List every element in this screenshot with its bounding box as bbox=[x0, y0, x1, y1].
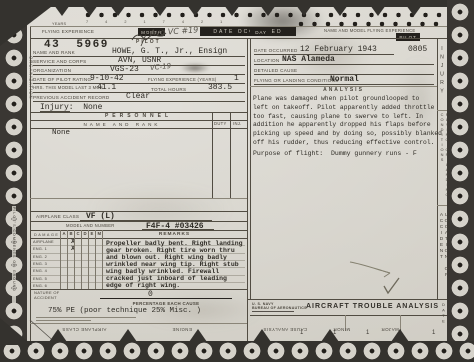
previous-record-label: PREVIOUS ACCIDENT RECORD bbox=[33, 95, 110, 100]
model-label: MODEL AND NUMBER bbox=[66, 224, 115, 229]
time-value: 0805 bbox=[408, 45, 427, 54]
top-notch bbox=[54, 5, 70, 16]
handwritten-note: Avg VC #19 bbox=[150, 25, 199, 37]
analysis-header: ANALYSIS bbox=[250, 88, 437, 94]
damage-row-label: ENG. 3 bbox=[30, 261, 63, 266]
conditions-edge-label: FLYING OR LANDING CONDITIONS bbox=[440, 112, 450, 207]
top-notch bbox=[224, 5, 240, 16]
damage-col-header: DAMAGE bbox=[34, 233, 59, 237]
rule-line bbox=[254, 84, 434, 85]
name-label: NAME AND RANK bbox=[33, 50, 75, 55]
fine-print-line bbox=[36, 320, 91, 321]
conditions-value: Normal bbox=[330, 75, 359, 84]
damage-letter-header: M bbox=[98, 232, 102, 237]
rule-line bbox=[30, 221, 247, 222]
rule-line bbox=[254, 64, 434, 65]
pilot-comments-edge-label: PILOT'S COMMENTS ON GROUND bbox=[12, 206, 16, 308]
top-notch bbox=[370, 5, 386, 16]
personnel-injury-col: INJ. bbox=[233, 122, 242, 127]
top-notch bbox=[296, 5, 312, 16]
purpose-line: Purpose of flight: Dummy gunnery runs - … bbox=[253, 150, 417, 157]
nature-label: NATURE OF ACCIDENT bbox=[34, 291, 60, 300]
pilot-tab: PILOT bbox=[396, 33, 420, 41]
injury-edge-label: INJURY bbox=[439, 46, 445, 106]
punch-holes-row-2 bbox=[295, 19, 448, 29]
damage-letter-header: E bbox=[91, 232, 94, 237]
top-notch bbox=[406, 5, 422, 16]
cause-line: 75% PE (poor technique 25% Misc. ) bbox=[48, 307, 201, 315]
rule-line bbox=[30, 211, 247, 212]
date-edge-label: DATE bbox=[441, 302, 446, 332]
punched-edge-bottom bbox=[0, 341, 474, 362]
damage-letter-header: B bbox=[70, 232, 73, 237]
damage-row-label: ENG. 1 bbox=[30, 246, 63, 251]
personnel-header: PERSONNEL bbox=[30, 114, 247, 120]
organization-label: ORGANIZATION bbox=[33, 68, 71, 73]
top-notch bbox=[260, 5, 276, 16]
top-notch bbox=[152, 5, 168, 16]
location-label: LOCATION bbox=[254, 58, 280, 63]
damage-letter-header: C bbox=[77, 232, 80, 237]
top-notch bbox=[332, 5, 348, 16]
damage-row-label: ENG. 4 bbox=[30, 268, 63, 273]
personnel-name-col: NAME AND RANK bbox=[33, 122, 211, 127]
damage-letter-header: A bbox=[63, 232, 66, 237]
rule-line bbox=[30, 289, 247, 290]
fine-print-line bbox=[252, 311, 294, 312]
top-notch bbox=[187, 5, 203, 16]
damage-mark-cell: X bbox=[69, 238, 76, 245]
damage-row-label: ENG. 6 bbox=[30, 283, 63, 288]
bottom-edge-label: AIRPLANE CLASS bbox=[62, 327, 106, 332]
scanned-punch-card: 7 4 2 1 7 4 2 1 YEARS FLYING EXPERIENCE … bbox=[0, 0, 474, 362]
rule-line bbox=[230, 112, 231, 198]
personnel-entry: None bbox=[52, 129, 70, 137]
percentage-label: PERCENTAGE EACH CAUSE bbox=[100, 301, 232, 306]
analysis-body: Plane was damaged when pilot groundloope… bbox=[253, 95, 442, 148]
rule-line bbox=[33, 101, 245, 102]
detailed-cause-label: DETAILED CAUSE bbox=[254, 68, 297, 73]
conditions-label: FLYING OR LANDING CONDITIONS bbox=[254, 78, 339, 83]
hours-model-label: HRS. THIS MODEL LAST 3 MOS. bbox=[33, 86, 105, 91]
rating-label: DATE OF PILOT RATING bbox=[33, 77, 91, 82]
damage-row-label: AIRPLANE bbox=[30, 239, 63, 244]
class-label: AIRPLANE CLASS bbox=[36, 214, 79, 219]
top-notch bbox=[110, 5, 126, 16]
location-value: NAS Alameda bbox=[282, 55, 335, 64]
punched-edge-right bbox=[447, 0, 474, 362]
rule-line bbox=[212, 112, 213, 198]
organization-handwritten: VC-19 bbox=[150, 62, 172, 72]
top-notch bbox=[82, 5, 98, 16]
rule-line bbox=[247, 299, 450, 300]
date-occurred-label: DATE OCCURRED bbox=[254, 48, 298, 53]
rule-line bbox=[247, 38, 248, 341]
rule-line bbox=[100, 298, 232, 300]
service-label: SERVICE AND CORPS bbox=[33, 59, 87, 64]
damage-row-label: ENG. 2 bbox=[30, 254, 63, 259]
rule-line bbox=[250, 38, 251, 300]
rule-line bbox=[33, 74, 245, 75]
damage-row-label: ENG. 5 bbox=[30, 276, 63, 281]
damage-letter-header: D bbox=[84, 232, 87, 237]
rule-line bbox=[437, 38, 438, 299]
rule-line bbox=[30, 198, 247, 199]
rule-line bbox=[250, 315, 450, 316]
name-value: HOWE, G. T., Jr., Ensign bbox=[112, 47, 227, 56]
personnel-duty-col: DUTY bbox=[214, 122, 227, 127]
date-occurred-tab: DATE OCCURRED bbox=[200, 27, 296, 36]
remarks-text: Propeller badly bent. Right landing gear… bbox=[106, 240, 243, 289]
navy-line2: BUREAU OF AERONAUTICS bbox=[252, 306, 307, 310]
date-occurred-value: 12 February 1943 bbox=[300, 45, 377, 54]
flying-experience-label: FLYING EXPERIENCE bbox=[42, 29, 94, 34]
rule-line bbox=[30, 323, 247, 324]
organization-edge-label: ORGANIZATION bbox=[29, 56, 34, 146]
footer-title: AIRCRAFT TROUBLE ANALYSIS bbox=[306, 303, 439, 311]
damage-mark-cell: X bbox=[69, 245, 76, 252]
day-tab: DAY bbox=[250, 28, 272, 36]
pilot-section-header: PILOT bbox=[136, 40, 161, 46]
rule-line bbox=[33, 65, 245, 66]
fine-print-line bbox=[36, 317, 136, 318]
